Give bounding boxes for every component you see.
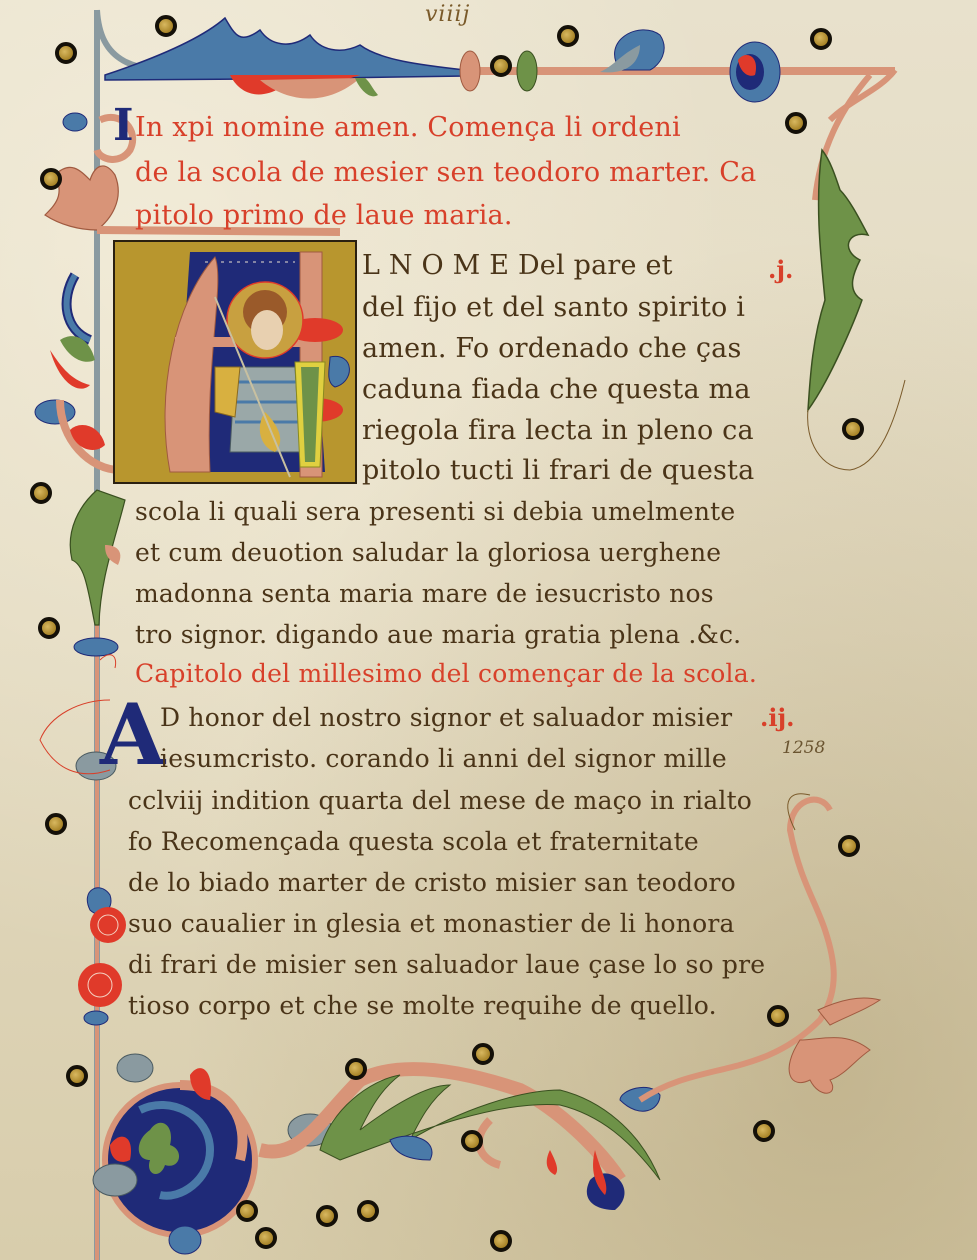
chapter-1-line: madonna senta maria mare de iesucristo n… [135,578,714,610]
gold-dot [842,418,864,440]
chapter-2-line: suo caualier in glesia et monastier de l… [128,908,735,940]
marginal-date-note: 1258 [782,738,825,758]
gold-dot [557,25,579,47]
gold-dot [345,1058,367,1080]
rubric-heading-line: In xpi nomine amen. Comença li ordeni [135,112,681,144]
chapter-2-line: tioso corpo et che se molte requihe de q… [128,990,717,1022]
chapter-2-line: de lo biado marter de cristo misier san … [128,867,736,899]
gold-dot [753,1120,775,1142]
chapter-2-line: cclviij indition quarta del mese de maço… [128,785,752,817]
chapter-1-line: scola li quali sera presenti si debia um… [135,496,735,528]
saint-theodore-miniature [115,242,355,482]
chapter-2-line: di frari de misier sen saluador laue ças… [128,949,765,981]
gold-dot [316,1205,338,1227]
chapter-1-line: pitolo tucti li frari de questa [362,455,754,487]
gold-dot [767,1005,789,1027]
chapter-2-line: D honor del nostro signor et saluador mi… [160,702,732,734]
chapter-1-line: del fijo et del santo spirito i [362,292,745,324]
chapter-1-line: L N O M E Del pare et [362,250,673,282]
chapter-2-line: fo Recomençada questa scola et fraternit… [128,826,699,858]
marginal-chapter-number-1: .j. [768,255,793,284]
rubric-heading-line: de la scola de mesier sen teodoro marter… [135,157,756,189]
gold-dot [30,482,52,504]
chapter-1-line: riegola fira lecta in pleno ca [362,415,754,447]
gold-dot [472,1043,494,1065]
folio-number: viiij [425,2,470,27]
gold-dot [461,1130,483,1152]
gold-dot [155,15,177,37]
gold-dot [55,42,77,64]
gold-dot [236,1200,258,1222]
gold-dot [357,1200,379,1222]
chapter-2-initial: A [100,690,165,780]
gold-dot [255,1227,277,1249]
gold-dot [785,112,807,134]
chapter-1-line: caduna fiada che questa ma [362,374,751,406]
rubric-heading-line: pitolo primo de laue maria. [135,200,513,232]
gold-dot [38,617,60,639]
gold-dot [838,835,860,857]
chapter-1-line: amen. Fo ordenado che ças [362,333,742,365]
chapter-1-line: tro signor. digando aue maria gratia ple… [135,619,741,651]
chapter-1-line: et cum deuotion saludar la gloriosa uerg… [135,537,721,569]
gold-dot [490,1230,512,1252]
chapter-2-rubric: Capitolo del millesimo del començar de l… [135,658,757,690]
gold-dot [66,1065,88,1087]
historiated-initial [113,240,357,484]
gold-dot [810,28,832,50]
gold-dot [40,168,62,190]
gold-dot [45,813,67,835]
gold-dot [490,55,512,77]
chapter-2-line: iesumcristo. corando li anni del signor … [160,743,727,775]
marginal-chapter-number-2: .ij. [760,703,795,732]
rubric-initial-i: I [113,100,134,151]
